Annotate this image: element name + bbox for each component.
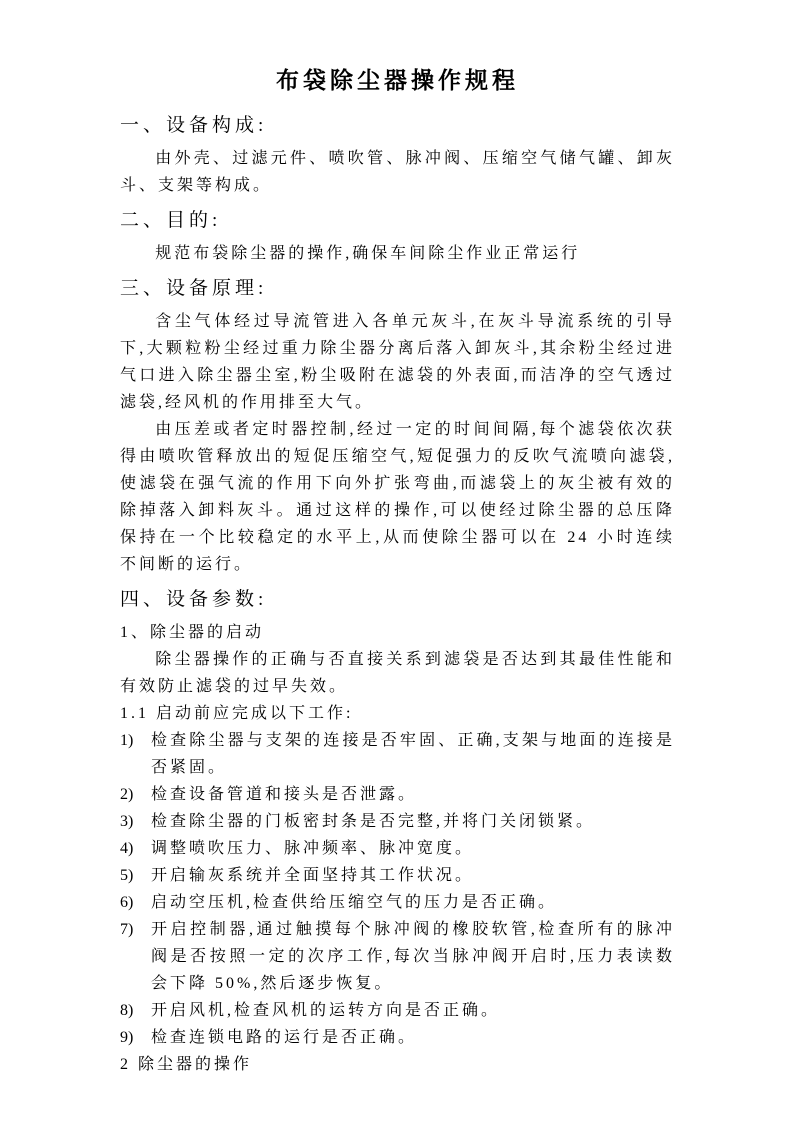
list-item-text: 开启输灰系统并全面坚持其工作状况。 bbox=[151, 867, 474, 884]
list-item-text: 检查除尘器的门板密封条是否完整,并将门关闭锁紧。 bbox=[151, 813, 595, 830]
list-item-text: 检查除尘器与支架的连接是否牢固、正确,支架与地面的连接是否紧固。 bbox=[151, 732, 675, 776]
list-item: 4) 调整喷吹压力、脉冲频率、脉冲宽度。 bbox=[120, 835, 675, 862]
list-item-marker: 3) bbox=[120, 808, 133, 835]
list-item-marker: 2) bbox=[120, 781, 133, 808]
list-item: 3) 检查除尘器的门板密封条是否完整,并将门关闭锁紧。 bbox=[120, 808, 675, 835]
list-item-marker: 1) bbox=[120, 727, 133, 754]
list-item: 2) 检查设备管道和接头是否泄露。 bbox=[120, 781, 675, 808]
list-item: 8) 开启风机,检查风机的运转方向是否正确。 bbox=[120, 997, 675, 1024]
list-item-marker: 7) bbox=[120, 916, 133, 943]
list-item-text: 检查设备管道和接头是否泄露。 bbox=[151, 786, 417, 803]
list-item-text: 开启控制器,通过触摸每个脉冲阀的橡胶软管,检查所有的脉冲阀是否按照一定的次序工作… bbox=[151, 921, 675, 992]
section-4-sub-1-1-heading: 1.1 启动前应完成以下工作: bbox=[120, 700, 675, 727]
section-3-heading: 三、设备原理: bbox=[120, 275, 675, 303]
section-2-paragraph: 规范布袋除尘器的操作,确保车间除尘作业正常运行 bbox=[120, 240, 675, 267]
section-2-heading: 二、目的: bbox=[120, 207, 675, 235]
list-item-text: 调整喷吹压力、脉冲频率、脉冲宽度。 bbox=[151, 840, 474, 857]
list-item-marker: 4) bbox=[120, 835, 133, 862]
list-item-text: 启动空压机,检查供给压缩空气的压力是否正确。 bbox=[151, 894, 557, 911]
list-item-marker: 5) bbox=[120, 862, 133, 889]
document-title: 布袋除尘器操作规程 bbox=[120, 64, 675, 98]
list-item: 7) 开启控制器,通过触摸每个脉冲阀的橡胶软管,检查所有的脉冲阀是否按照一定的次… bbox=[120, 916, 675, 997]
section-4-sub-1-paragraph: 除尘器操作的正确与否直接关系到滤袋是否达到其最佳性能和有效防止滤袋的过早失效。 bbox=[120, 646, 675, 700]
list-item-marker: 6) bbox=[120, 889, 133, 916]
list-item: 6) 启动空压机,检查供给压缩空气的压力是否正确。 bbox=[120, 889, 675, 916]
list-item-marker: 8) bbox=[120, 997, 133, 1024]
section-4-sub-2-heading: 2 除尘器的操作 bbox=[120, 1051, 675, 1078]
list-item-marker: 9) bbox=[120, 1024, 133, 1051]
section-3-paragraph-1: 含尘气体经过导流管进入各单元灰斗,在灰斗导流系统的引导下,大颗粒粉尘经过重力除尘… bbox=[120, 308, 675, 416]
list-item: 9) 检查连锁电路的运行是否正确。 bbox=[120, 1024, 675, 1051]
section-1-paragraph: 由外壳、过滤元件、喷吹管、脉冲阀、压缩空气储气罐、卸灰斗、支架等构成。 bbox=[120, 145, 675, 199]
list-item: 1) 检查除尘器与支架的连接是否牢固、正确,支架与地面的连接是否紧固。 bbox=[120, 727, 675, 781]
section-4-heading: 四、设备参数: bbox=[120, 586, 675, 614]
list-item: 5) 开启输灰系统并全面坚持其工作状况。 bbox=[120, 862, 675, 889]
section-3-paragraph-2: 由压差或者定时器控制,经过一定的时间间隔,每个滤袋依次获得由喷吹管释放出的短促压… bbox=[120, 416, 675, 578]
startup-checklist: 1) 检查除尘器与支架的连接是否牢固、正确,支架与地面的连接是否紧固。 2) 检… bbox=[120, 727, 675, 1051]
section-4-sub-1-heading: 1、除尘器的启动 bbox=[120, 619, 675, 646]
list-item-text: 检查连锁电路的运行是否正确。 bbox=[151, 1029, 417, 1046]
section-1-heading: 一、设备构成: bbox=[120, 112, 675, 140]
document-page: 布袋除尘器操作规程 一、设备构成: 由外壳、过滤元件、喷吹管、脉冲阀、压缩空气储… bbox=[0, 0, 793, 1122]
list-item-text: 开启风机,检查风机的运转方向是否正确。 bbox=[151, 1002, 500, 1019]
